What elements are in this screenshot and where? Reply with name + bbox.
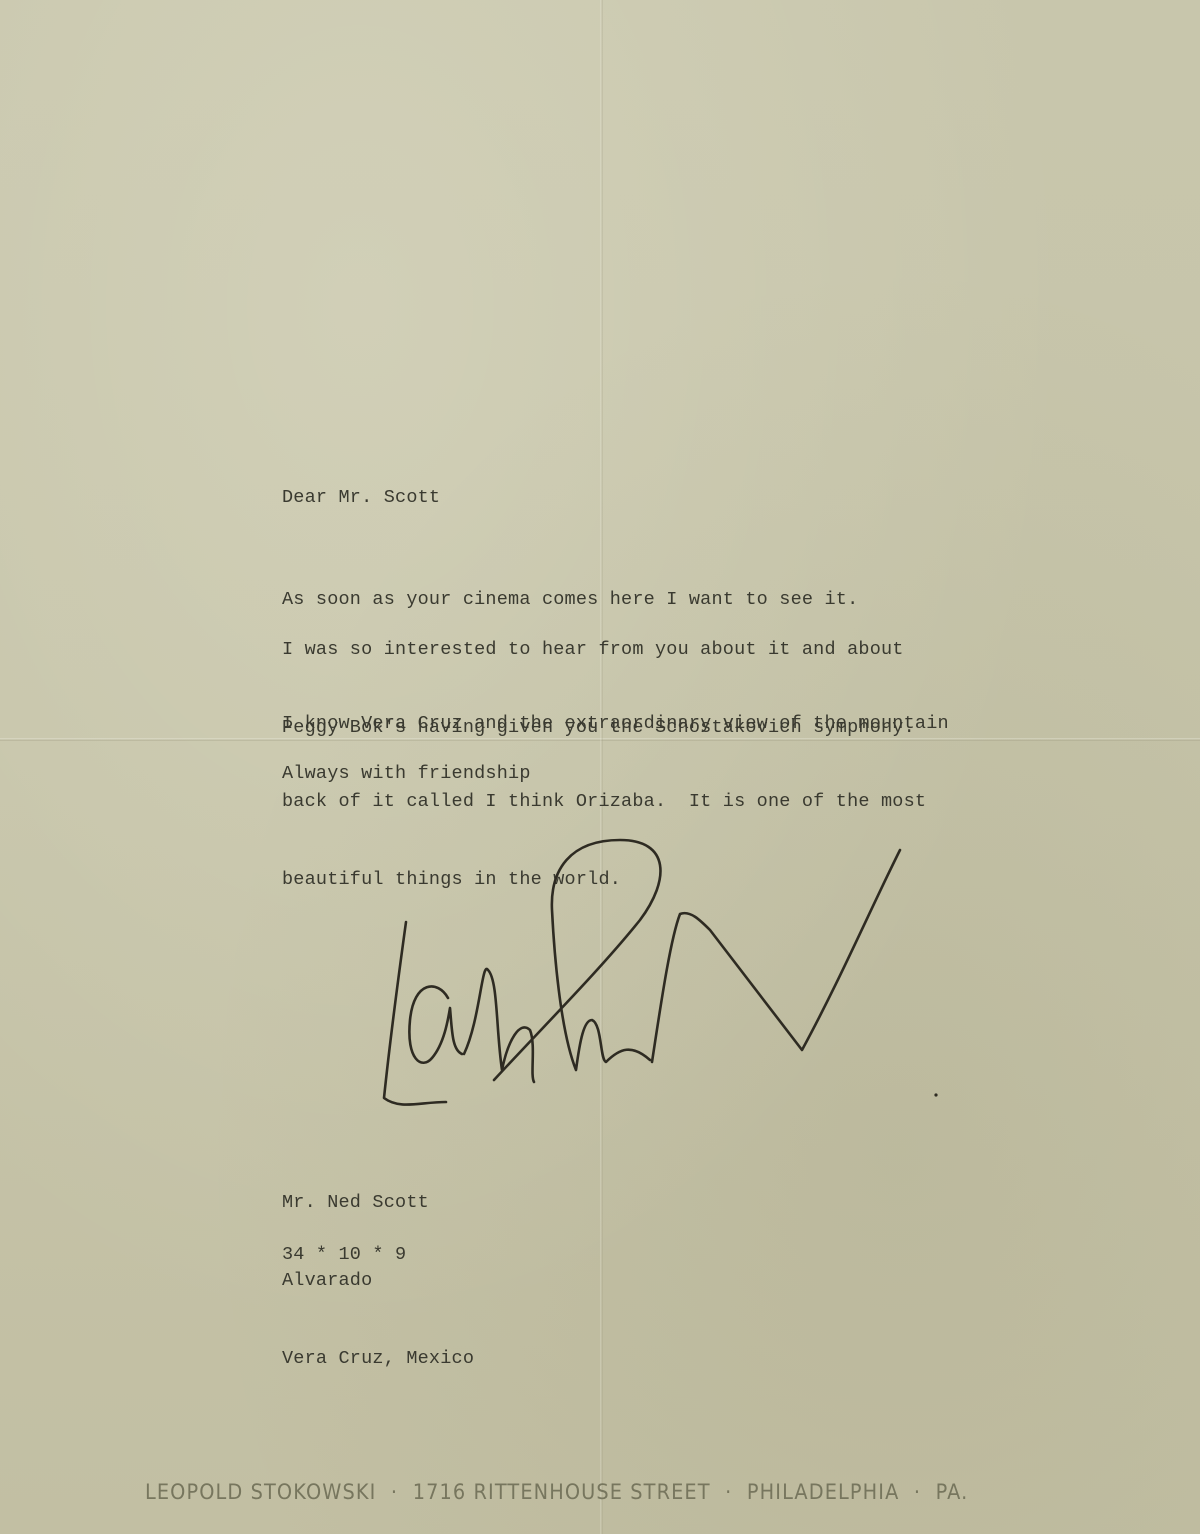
handwritten-signature-icon [370,830,1040,1120]
salutation: Dear Mr. Scott [282,485,440,511]
separator: · [391,1480,398,1504]
letterhead-address: 1716 RITTENHOUSE STREET [413,1480,711,1504]
separator: · [725,1480,732,1504]
letterhead-state: PA. [936,1480,969,1504]
recipient-line3: Vera Cruz, Mexico [282,1346,474,1372]
date: 34 * 10 * 9 [282,1242,406,1268]
separator: · [914,1480,921,1504]
letter-page: Dear Mr. Scott As soon as your cinema co… [0,0,1200,1534]
closing: Always with friendship [282,761,531,787]
recipient-name: Mr. Ned Scott [282,1190,474,1216]
letterhead-name: LEOPOLD STOKOWSKI [145,1480,376,1504]
letterhead: LEOPOLD STOKOWSKI · 1716 RITTENHOUSE STR… [145,1480,1028,1504]
body-line: I know Vera Cruz and the extraordinary v… [282,711,949,737]
body-line: back of it called I think Orizaba. It is… [282,789,949,815]
letterhead-city: PHILADELPHIA [747,1480,899,1504]
recipient-line2: Alvarado [282,1268,474,1294]
recipient-address: Mr. Ned Scott Alvarado Vera Cruz, Mexico [282,1138,474,1424]
